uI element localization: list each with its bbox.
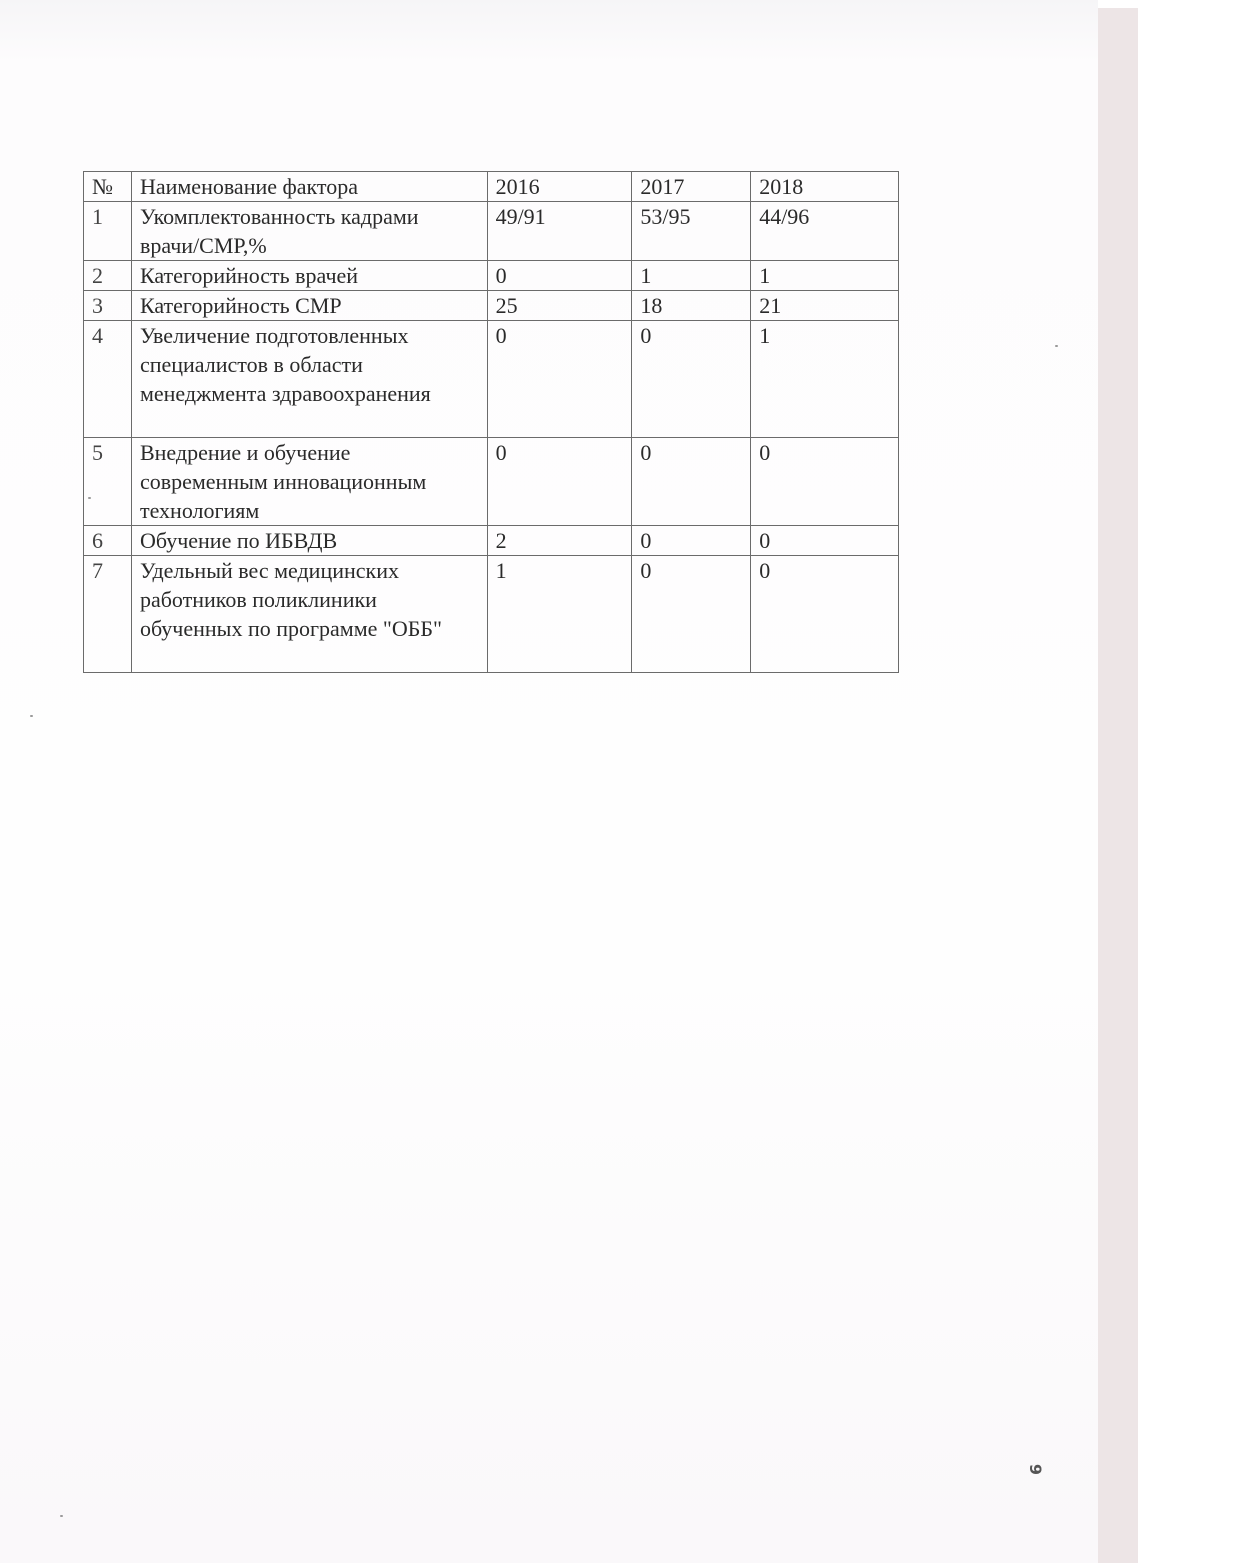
row-2017: 1 (632, 261, 751, 291)
row-2018: 0 (751, 438, 899, 526)
header-name: Наименование фактора (131, 172, 487, 202)
row-2018: 0 (751, 526, 899, 556)
scan-edge-band (1098, 8, 1138, 1563)
row-num: 6 (84, 526, 132, 556)
scan-speck (88, 497, 91, 499)
row-num: 7 (84, 556, 132, 673)
row-2016: 25 (487, 291, 632, 321)
table-row: 3 Категорийность СМР 25 18 21 (84, 291, 899, 321)
row-2018: 0 (751, 556, 899, 673)
row-name: Увеличение подготовленных специалистов в… (131, 321, 487, 438)
table-row: 2 Категорийность врачей 0 1 1 (84, 261, 899, 291)
row-2016: 0 (487, 261, 632, 291)
row-num: 2 (84, 261, 132, 291)
row-2017: 0 (632, 526, 751, 556)
table-row: 6 Обучение по ИБВДВ 2 0 0 (84, 526, 899, 556)
row-num: 4 (84, 321, 132, 438)
header-2017: 2017 (632, 172, 751, 202)
row-2016: 49/91 (487, 202, 632, 261)
table-header-row: № Наименование фактора 2016 2017 2018 (84, 172, 899, 202)
scan-speck (30, 715, 33, 717)
row-2017: 18 (632, 291, 751, 321)
scan-speck (60, 1515, 63, 1517)
header-num: № (84, 172, 132, 202)
row-2016: 0 (487, 438, 632, 526)
factors-table: № Наименование фактора 2016 2017 2018 1 … (83, 171, 899, 673)
row-name: Внедрение и обучение современным инновац… (131, 438, 487, 526)
row-num: 5 (84, 438, 132, 526)
row-name: Категорийность врачей (131, 261, 487, 291)
header-2018: 2018 (751, 172, 899, 202)
row-2018: 44/96 (751, 202, 899, 261)
row-2017: 53/95 (632, 202, 751, 261)
row-2018: 1 (751, 321, 899, 438)
row-2016: 2 (487, 526, 632, 556)
row-name: Обучение по ИБВДВ (131, 526, 487, 556)
row-2016: 1 (487, 556, 632, 673)
row-2017: 0 (632, 556, 751, 673)
row-num: 3 (84, 291, 132, 321)
page-number: 9 (1026, 1464, 1045, 1475)
row-num: 1 (84, 202, 132, 261)
header-2016: 2016 (487, 172, 632, 202)
table-row: 7 Удельный вес медицинских работников по… (84, 556, 899, 673)
scan-speck (1055, 345, 1058, 347)
row-2018: 1 (751, 261, 899, 291)
table-row: 1 Укомплектованность кадрами врачи/СМР,%… (84, 202, 899, 261)
table-row: 5 Внедрение и обучение современным иннов… (84, 438, 899, 526)
row-2018: 21 (751, 291, 899, 321)
row-name: Укомплектованность кадрами врачи/СМР,% (131, 202, 487, 261)
row-2017: 0 (632, 321, 751, 438)
table-row: 4 Увеличение подготовленных специалистов… (84, 321, 899, 438)
row-2016: 0 (487, 321, 632, 438)
row-name: Удельный вес медицинских работников поли… (131, 556, 487, 673)
row-2017: 0 (632, 438, 751, 526)
row-name: Категорийность СМР (131, 291, 487, 321)
